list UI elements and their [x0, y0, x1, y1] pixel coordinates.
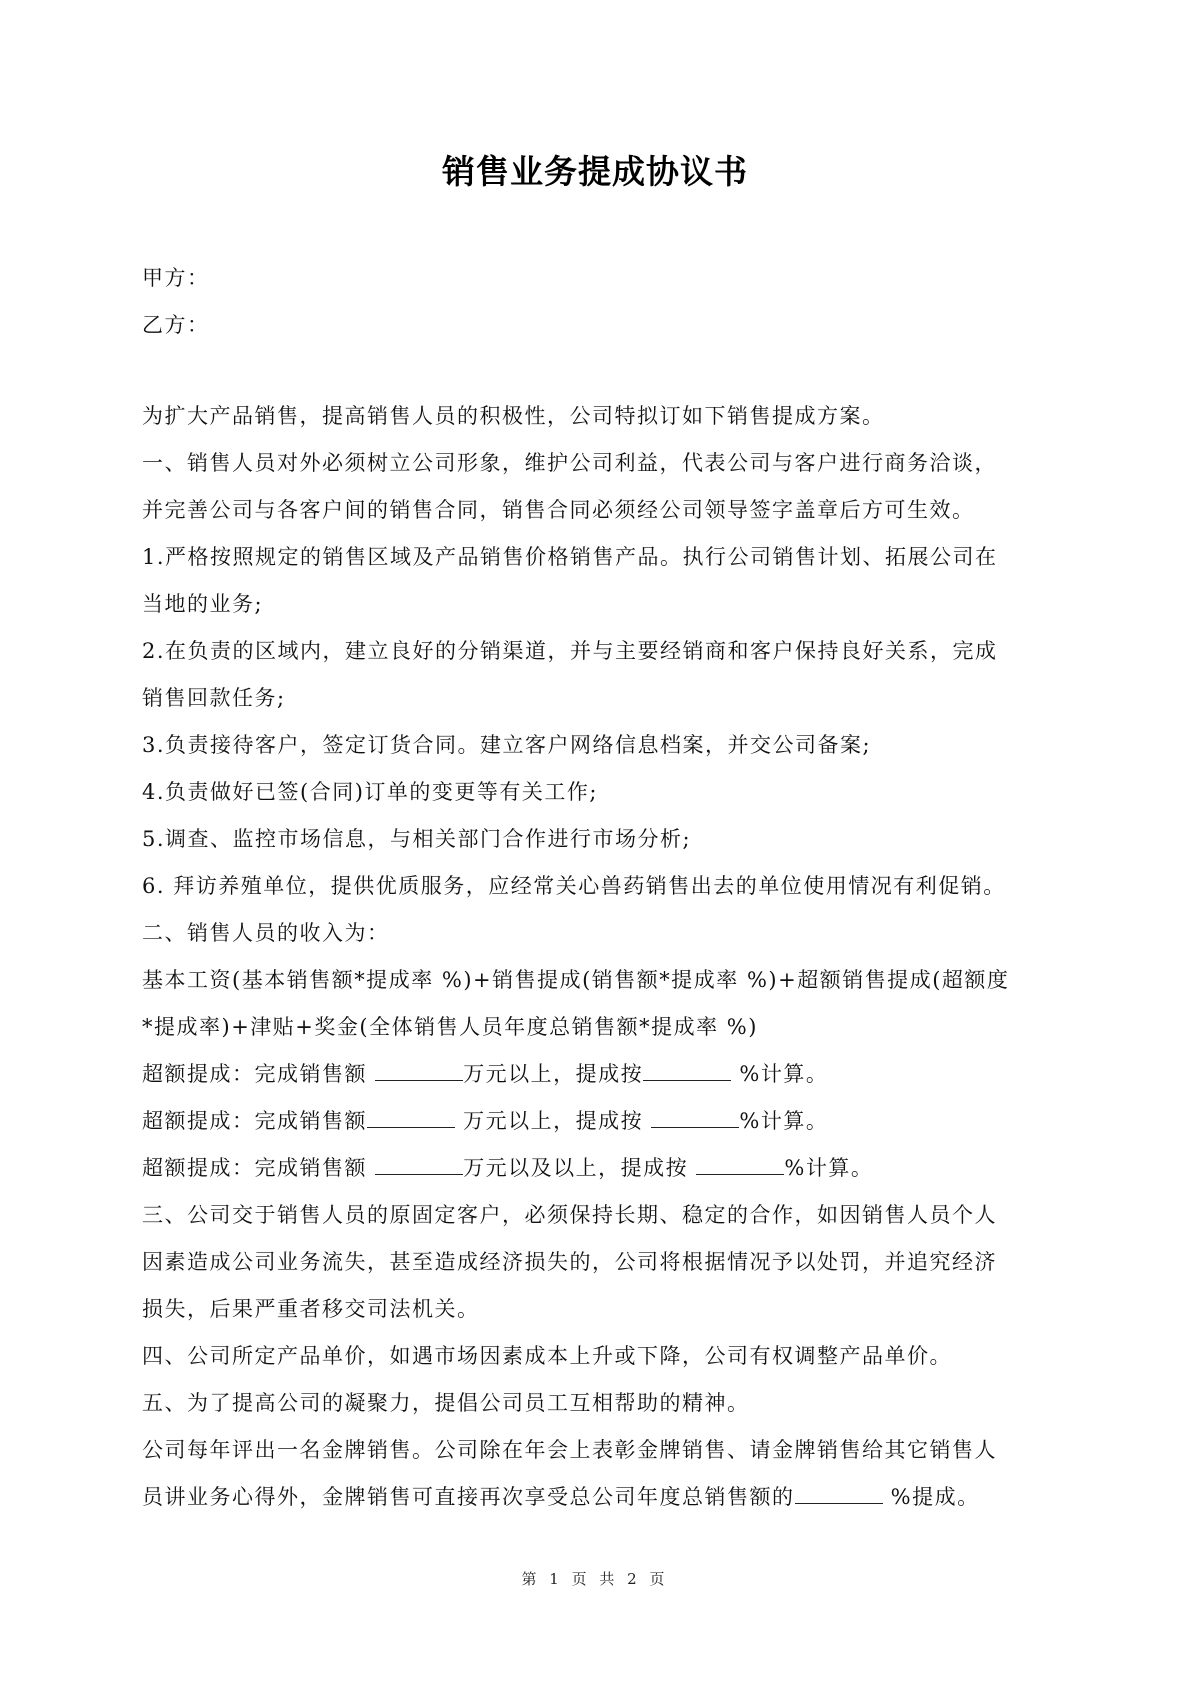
section-3-line-2: 因素造成公司业务流失，甚至造成经济损失的，公司将根据情况予以处罚，并追究经济 [142, 1239, 1062, 1286]
tier-3-amount-blank[interactable] [375, 1156, 463, 1175]
duty-item-2-line-1: 2.在负责的区域内，建立良好的分销渠道，并与主要经销商和客户保持良好关系，完成 [142, 628, 1062, 675]
section-5-heading: 五、为了提高公司的凝聚力，提倡公司员工互相帮助的精神。 [142, 1380, 1062, 1427]
tier-1-suffix: %计算。 [731, 1062, 828, 1086]
duty-item-3: 3.负责接待客户，签定订货合同。建立客户网络信息档案，并交公司备案; [142, 722, 1062, 769]
duty-item-1-line-1: 1.严格按照规定的销售区域及产品销售价格销售产品。执行公司销售计划、拓展公司在 [142, 534, 1062, 581]
duty-item-4: 4.负责做好已签(合同)订单的变更等有关工作; [142, 769, 1062, 816]
gold-sales-rate-blank[interactable] [795, 1485, 883, 1504]
tier-1-mid: 万元以上，提成按 [463, 1062, 643, 1086]
duty-item-2-line-2: 销售回款任务; [142, 675, 1062, 722]
section-3-line-3: 损失，后果严重者移交司法机关。 [142, 1286, 1062, 1333]
tier-3-suffix: %计算。 [784, 1156, 873, 1180]
parties-block: 甲方： 乙方： [142, 255, 1062, 349]
section-4: 四、公司所定产品单价，如遇市场因素成本上升或下降，公司有权调整产品单价。 [142, 1333, 1062, 1380]
section-5-line-2: 员讲业务心得外，金牌销售可直接再次享受总公司年度总销售额的 %提成。 [142, 1474, 1062, 1521]
tier-2-prefix: 超额提成：完成销售额 [142, 1109, 367, 1133]
document-title: 销售业务提成协议书 [0, 150, 1190, 194]
commission-tier-2: 超额提成：完成销售额 万元以上，提成按 %计算。 [142, 1098, 1062, 1145]
tier-2-amount-blank[interactable] [367, 1109, 455, 1128]
section-2-heading: 二、销售人员的收入为： [142, 910, 1062, 957]
duty-list: 1.严格按照规定的销售区域及产品销售价格销售产品。执行公司销售计划、拓展公司在 … [142, 534, 1062, 910]
tier-3-prefix: 超额提成：完成销售额 [142, 1156, 375, 1180]
tier-2-suffix: %计算。 [739, 1109, 828, 1133]
section-5-line-1: 公司每年评出一名金牌销售。公司除在年会上表彰金牌销售、请金牌销售给其它销售人 [142, 1427, 1062, 1474]
page-number-footer: 第 1 页 共 2 页 [0, 1568, 1190, 1589]
income-formula-line-2: *提成率)+津贴+奖金(全体销售人员年度总销售额*提成率 %) [142, 1004, 1062, 1051]
tier-2-rate-blank[interactable] [651, 1109, 739, 1128]
tier-1-rate-blank[interactable] [643, 1062, 731, 1081]
party-b-label: 乙方： [142, 302, 1062, 349]
commission-tier-3: 超额提成：完成销售额 万元以及以上，提成按 %计算。 [142, 1145, 1062, 1192]
duty-item-5: 5.调查、监控市场信息，与相关部门合作进行市场分析; [142, 816, 1062, 863]
intro-paragraph: 为扩大产品销售，提高销售人员的积极性，公司特拟订如下销售提成方案。 [142, 393, 1062, 440]
section-1-line-1: 一、销售人员对外必须树立公司形象，维护公司利益，代表公司与客户进行商务洽谈， [142, 440, 1062, 487]
gold-sales-suffix: %提成。 [883, 1485, 980, 1509]
tier-2-mid: 万元以上，提成按 [455, 1109, 651, 1133]
section-5: 五、为了提高公司的凝聚力，提倡公司员工互相帮助的精神。 公司每年评出一名金牌销售… [142, 1380, 1062, 1521]
section-1-line-2: 并完善公司与各客户间的销售合同，销售合同必须经公司领导签字盖章后方可生效。 [142, 487, 1062, 534]
duty-item-1-line-2: 当地的业务; [142, 581, 1062, 628]
gold-sales-prefix: 员讲业务心得外，金牌销售可直接再次享受总公司年度总销售额的 [142, 1485, 795, 1509]
section-1: 一、销售人员对外必须树立公司形象，维护公司利益，代表公司与客户进行商务洽谈， 并… [142, 440, 1062, 534]
tier-3-rate-blank[interactable] [696, 1156, 784, 1175]
agreement-body: 为扩大产品销售，提高销售人员的积极性，公司特拟订如下销售提成方案。 一、销售人员… [142, 393, 1062, 1521]
duty-item-6: 6. 拜访养殖单位，提供优质服务，应经常关心兽药销售出去的单位使用情况有利促销。 [142, 863, 1062, 910]
section-2: 二、销售人员的收入为： 基本工资(基本销售额*提成率 %)+销售提成(销售额*提… [142, 910, 1062, 1192]
tier-1-prefix: 超额提成：完成销售额 [142, 1062, 375, 1086]
income-formula-line-1: 基本工资(基本销售额*提成率 %)+销售提成(销售额*提成率 %)+超额销售提成… [142, 957, 1062, 1004]
party-a-label: 甲方： [142, 255, 1062, 302]
section-3: 三、公司交于销售人员的原固定客户，必须保持长期、稳定的合作，如因销售人员个人 因… [142, 1192, 1062, 1333]
tier-3-mid: 万元以及以上，提成按 [463, 1156, 696, 1180]
section-3-line-1: 三、公司交于销售人员的原固定客户，必须保持长期、稳定的合作，如因销售人员个人 [142, 1192, 1062, 1239]
tier-1-amount-blank[interactable] [375, 1062, 463, 1081]
commission-tier-1: 超额提成：完成销售额 万元以上，提成按 %计算。 [142, 1051, 1062, 1098]
document-page: 销售业务提成协议书 甲方： 乙方： 为扩大产品销售，提高销售人员的积极性，公司特… [0, 0, 1190, 1683]
